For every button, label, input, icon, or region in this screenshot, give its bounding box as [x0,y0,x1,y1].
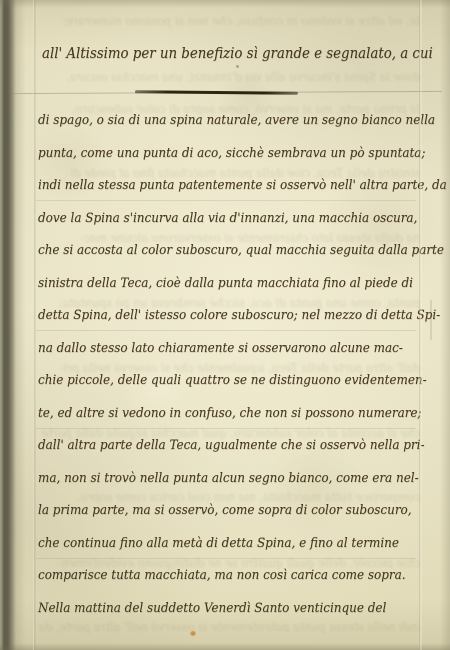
fold-line-left [33,0,36,650]
manuscript-line: chie piccole, delle quali quattro se ne … [38,373,427,388]
manuscript-line: detta Spina, dell' istesso colore subosc… [38,308,440,323]
page-edge-right [440,0,450,650]
manuscript-line: indi nella stessa punta patentemente si … [38,178,447,193]
paper-texture [0,0,450,650]
manuscript-line: ma, non si trovò nella punta alcun segno… [38,471,419,486]
guide-line [36,330,416,331]
fold-line-right [419,0,422,650]
guide-line [36,428,416,429]
manuscript-line: che continua fino alla metà di detta Spi… [38,536,399,551]
manuscript-line: sinistra della Teca, cioè dalla punta ma… [38,276,413,291]
bleedthrough-line: indi nella stessa punta patentemente si … [30,620,421,634]
manuscript-line: punta, come una punta di aco, sicchè sem… [38,146,425,161]
page-edge-bottom [0,643,450,650]
ink-speck [236,65,239,68]
divider-rule [0,90,450,96]
manuscript-line: na dallo stesso lato chiaramente si osse… [38,341,403,356]
manuscript-line: di spago, o sia di una spina naturale, a… [38,113,435,128]
bleedthrough-line: comparisce tutta macchiata, ma non così … [30,490,421,504]
guide-line [36,200,416,201]
manuscript-line: dove la Spina s'incurva alla via d'innan… [38,211,417,226]
binding-edge [0,0,26,650]
page-edge-top [0,0,450,8]
divider-ink-stroke [135,90,298,94]
header-line-text: all' Altissimo per un benefizio sì grand… [42,46,433,62]
bleedthrough-line: te, ed altre si vedono in confuso, che n… [30,14,421,28]
manuscript-line: Nella mattina del suddetto Venerdì Santo… [38,601,386,616]
manuscript-line: te, ed altre si vedono in confuso, che n… [38,406,422,421]
manuscript-line: dall' altra parte della Teca, ugualmente… [38,438,425,453]
manuscript-line: la prima parte, ma si osservò, come sopr… [38,503,412,518]
paper-crease [430,300,432,340]
guide-line [36,558,416,559]
manuscript-line: comparisce tutta macchiata, ma non così … [38,568,406,583]
stain-spot [190,631,196,636]
manuscript-page: te, ed altre si vedono in confuso, che n… [0,0,450,650]
manuscript-line: che si accosta al color suboscuro, qual … [38,243,444,258]
bleedthrough-line: dove la Spina s'incurva alla via d'innan… [30,70,421,84]
